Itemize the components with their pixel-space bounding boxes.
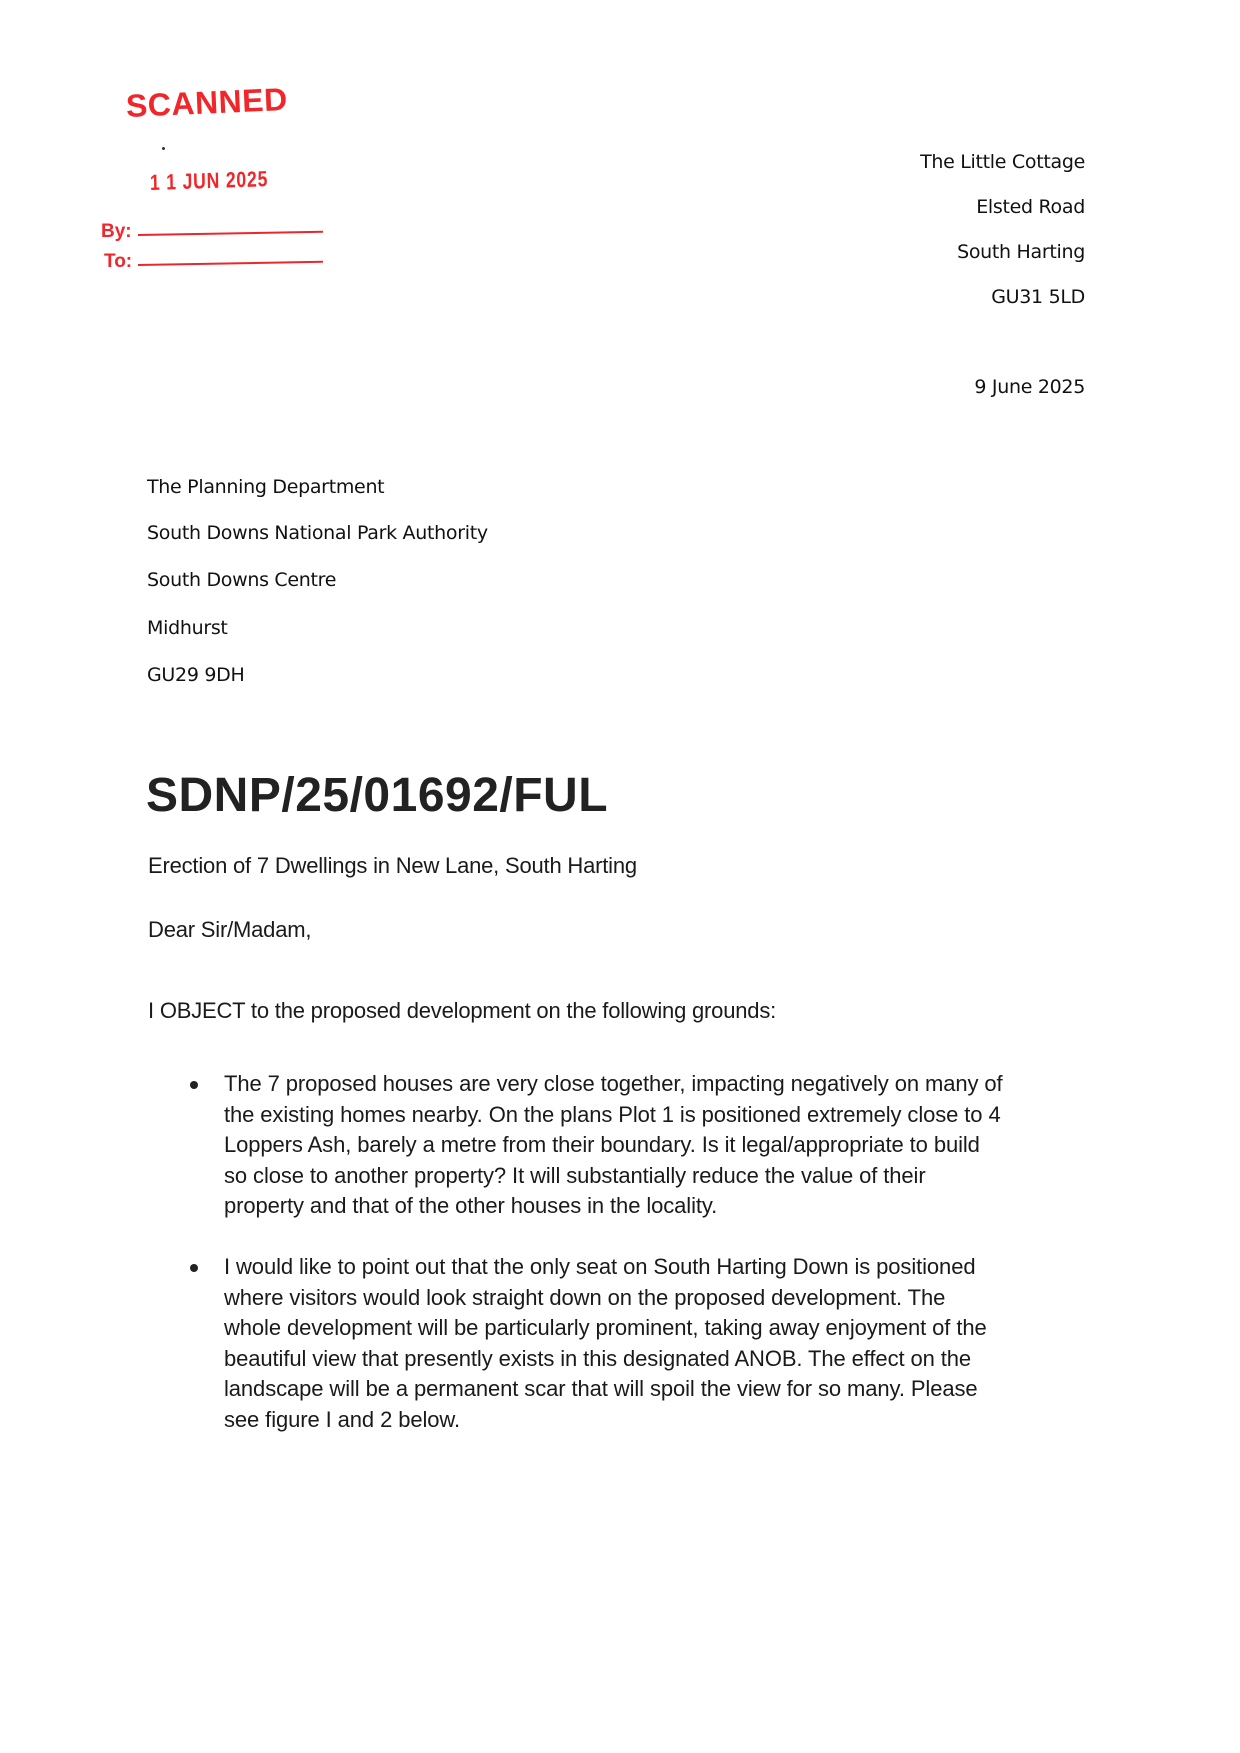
stamp-dot (162, 147, 165, 150)
stamp-to-line (138, 261, 323, 266)
objection-intro: I OBJECT to the proposed development on … (148, 998, 776, 1024)
stamp-title: SCANNED (125, 81, 288, 125)
stamp-date: 1 1 JUN 2025 (150, 166, 269, 196)
bullet-icon (190, 1264, 198, 1272)
stamp-by-label: By: (101, 221, 132, 243)
objection-text: I would like to point out that the only … (224, 1252, 1094, 1435)
recipient-address-postcode: GU29 9DH (147, 664, 244, 686)
objection-line: so close to another property? It will su… (224, 1161, 1094, 1192)
recipient-address-line: Midhurst (147, 617, 228, 639)
bullet-icon (190, 1081, 198, 1089)
letter-date: 9 June 2025 (974, 376, 1085, 398)
objection-line: whole development will be particularly p… (224, 1313, 1094, 1344)
sender-address-line: Elsted Road (976, 196, 1085, 218)
objection-line: property and that of the other houses in… (224, 1191, 1094, 1222)
objection-line: The 7 proposed houses are very close tog… (224, 1069, 1094, 1100)
objection-line: see figure I and 2 below. (224, 1405, 1094, 1436)
objection-text: The 7 proposed houses are very close tog… (224, 1069, 1094, 1222)
objection-line: beautiful view that presently exists in … (224, 1344, 1094, 1375)
objection-line: Loppers Ash, barely a metre from their b… (224, 1130, 1094, 1161)
objection-line: I would like to point out that the only … (224, 1252, 1094, 1283)
objection-line: the existing homes nearby. On the plans … (224, 1100, 1094, 1131)
salutation: Dear Sir/Madam, (148, 917, 311, 943)
recipient-address-line: The Planning Department (147, 476, 384, 498)
subject-line: Erection of 7 Dwellings in New Lane, Sou… (148, 853, 637, 879)
recipient-address-line: South Downs National Park Authority (147, 522, 488, 544)
stamp-to-label: To: (104, 251, 132, 273)
stamp-by-line (138, 231, 323, 236)
objection-line: landscape will be a permanent scar that … (224, 1374, 1094, 1405)
objection-line: where visitors would look straight down … (224, 1283, 1094, 1314)
recipient-address-line: South Downs Centre (147, 569, 336, 591)
sender-address-postcode: GU31 5LD (991, 286, 1085, 308)
sender-address-line: South Harting (957, 241, 1085, 263)
planning-reference-heading: SDNP/25/01692/FUL (146, 768, 608, 823)
sender-address-line: The Little Cottage (920, 151, 1085, 173)
